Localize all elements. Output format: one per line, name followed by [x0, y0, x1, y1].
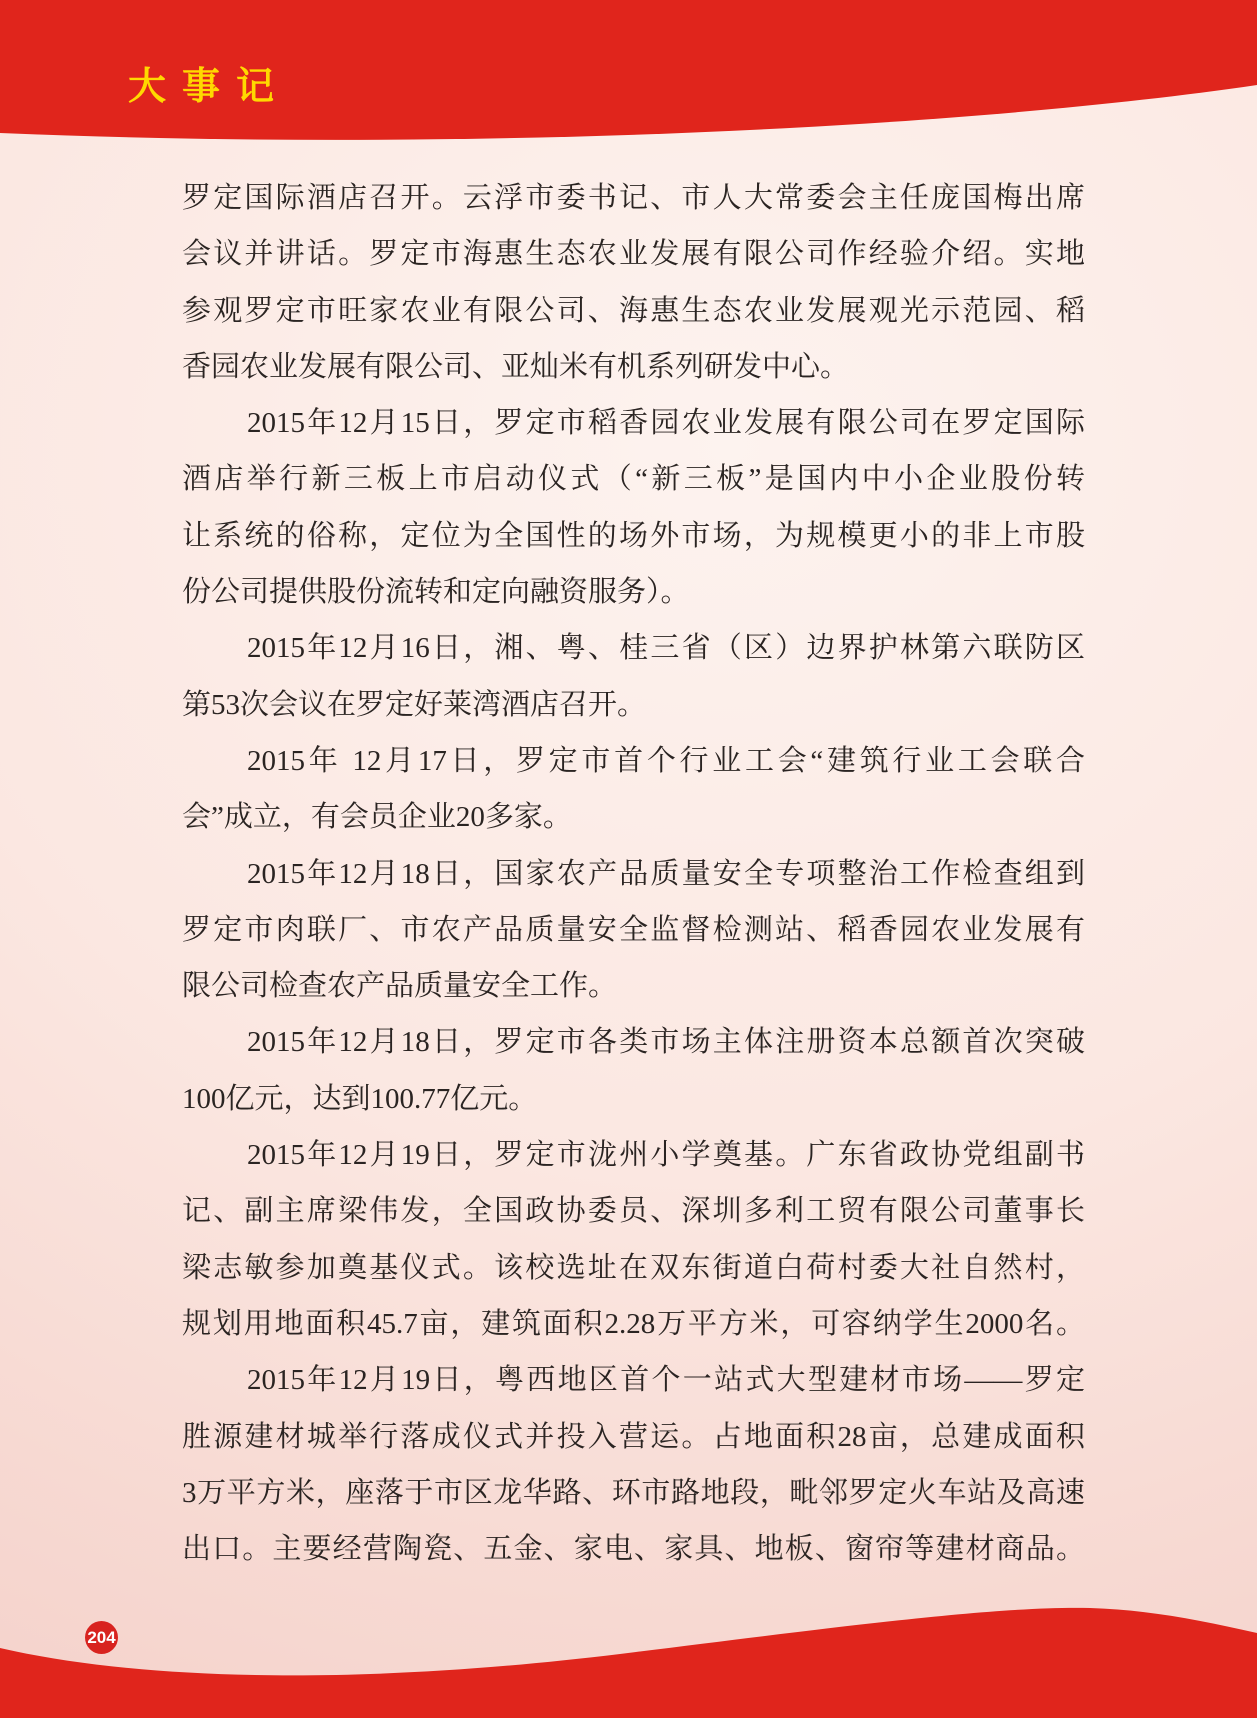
text-line: 2015年12月18日，罗定市各类市场主体注册资本总额首次突破: [182, 1014, 1085, 1070]
text-line: 限公司检查农产品质量安全工作。: [182, 958, 1085, 1014]
text-line: 2015年12月19日，罗定市泷州小学奠基。广东省政协党组副书: [182, 1127, 1085, 1183]
text-line: 酒店举行新三板上市启动仪式（“新三板”是国内中小企业股份转: [182, 451, 1085, 507]
text-line: 罗定国际酒店召开。云浮市委书记、市人大常委会主任庞国梅出席: [182, 170, 1085, 226]
text-line: 记、副主席梁伟发，全国政协委员、深圳多利工贸有限公司董事长: [182, 1183, 1085, 1239]
text-line: 2015年12月16日，湘、粤、桂三省（区）边界护林第六联防区: [182, 620, 1085, 676]
text-line: 会”成立，有会员企业20多家。: [182, 789, 1085, 845]
text-line: 罗定市肉联厂、市农产品质量安全监督检测站、稻香园农业发展有: [182, 902, 1085, 958]
page-number: 204: [87, 1628, 115, 1648]
paragraph: 罗定国际酒店召开。云浮市委书记、市人大常委会主任庞国梅出席会议并讲话。罗定市海惠…: [182, 170, 1085, 395]
text-line: 会议并讲话。罗定市海惠生态农业发展有限公司作经验介绍。实地: [182, 226, 1085, 282]
text-line: 份公司提供股份流转和定向融资服务）。: [182, 564, 1085, 620]
text-line: 3万平方米，座落于市区龙华路、环市路地段，毗邻罗定火车站及高速: [182, 1465, 1085, 1521]
page: 大事记 罗定国际酒店召开。云浮市委书记、市人大常委会主任庞国梅出席会议并讲话。罗…: [0, 0, 1257, 1718]
text-line: 让系统的俗称，定位为全国性的场外市场，为规模更小的非上市股: [182, 508, 1085, 564]
paragraph: 2015年 12月17日，罗定市首个行业工会“建筑行业工会联合会”成立，有会员企…: [182, 733, 1085, 846]
page-number-badge: 204: [85, 1621, 118, 1654]
paragraph: 2015年12月16日，湘、粤、桂三省（区）边界护林第六联防区第53次会议在罗定…: [182, 620, 1085, 733]
paragraph: 2015年12月18日，罗定市各类市场主体注册资本总额首次突破100亿元，达到1…: [182, 1014, 1085, 1127]
text-line: 香园农业发展有限公司、亚灿米有机系列研发中心。: [182, 339, 1085, 395]
footer-band: [0, 1538, 1257, 1718]
text-line: 2015年12月19日，粤西地区首个一站式大型建材市场——罗定: [182, 1352, 1085, 1408]
text-line: 规划用地面积45.7亩，建筑面积2.28万平方米，可容纳学生2000名。: [182, 1296, 1085, 1352]
text-line: 2015年 12月17日，罗定市首个行业工会“建筑行业工会联合: [182, 733, 1085, 789]
page-title: 大事记: [128, 66, 290, 108]
paragraph: 2015年12月19日，罗定市泷州小学奠基。广东省政协党组副书记、副主席梁伟发，…: [182, 1127, 1085, 1352]
text-line: 100亿元，达到100.77亿元。: [182, 1071, 1085, 1127]
text-line: 胜源建材城举行落成仪式并投入营运。占地面积28亩，总建成面积: [182, 1409, 1085, 1465]
footer-wave-shape: [0, 1608, 1257, 1718]
text-line: 2015年12月18日，国家农产品质量安全专项整治工作检查组到: [182, 846, 1085, 902]
body-text: 罗定国际酒店召开。云浮市委书记、市人大常委会主任庞国梅出席会议并讲话。罗定市海惠…: [182, 170, 1085, 1577]
paragraph: 2015年12月18日，国家农产品质量安全专项整治工作检查组到罗定市肉联厂、市农…: [182, 846, 1085, 1015]
text-line: 2015年12月15日，罗定市稻香园农业发展有限公司在罗定国际: [182, 395, 1085, 451]
paragraph: 2015年12月15日，罗定市稻香园农业发展有限公司在罗定国际酒店举行新三板上市…: [182, 395, 1085, 620]
text-line: 梁志敏参加奠基仪式。该校选址在双东街道白荷村委大社自然村，: [182, 1240, 1085, 1296]
text-line: 第53次会议在罗定好莱湾酒店召开。: [182, 677, 1085, 733]
text-line: 参观罗定市旺家农业有限公司、海惠生态农业发展观光示范园、稻: [182, 283, 1085, 339]
